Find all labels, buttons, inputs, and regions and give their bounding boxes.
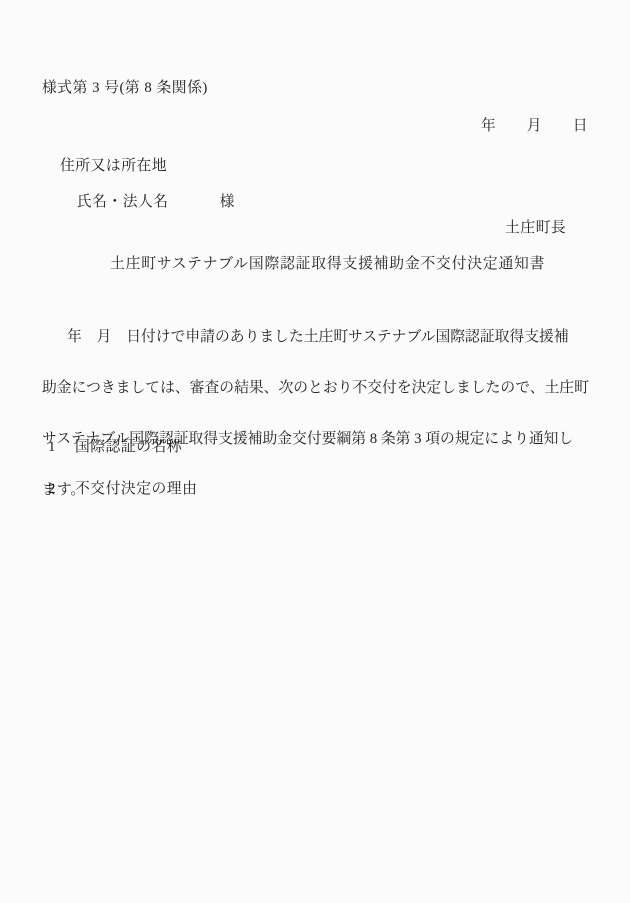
document-title: 土庄町サステナブル国際認証取得支援補助金不交付決定通知書: [110, 257, 545, 272]
item-number: 2: [48, 482, 75, 497]
honorific-sama: 様: [220, 194, 235, 210]
recipient-name-line: 氏名・法人名様: [60, 180, 235, 225]
item-label: 不交付決定の理由: [75, 482, 197, 497]
item-rejection-reason: 2 不交付決定の理由: [48, 482, 197, 497]
body-line: 年 月 日付けで申請のありました土庄町サステナブル国際認証取得支援補: [42, 330, 592, 351]
item-label: 国際認証の名称: [75, 440, 182, 455]
sender-mayor: 土庄町長: [505, 221, 566, 236]
form-number: 様式第 3 号(第 8 条関係): [42, 81, 208, 96]
recipient-address-label: 住所又は所在地: [60, 159, 167, 174]
body-paragraph: 年 月 日付けで申請のありました土庄町サステナブル国際認証取得支援補 助金につき…: [42, 300, 592, 534]
document-page: 様式第 3 号(第 8 条関係) 年 月 日 住所又は所在地 氏名・法人名様 土…: [0, 0, 630, 903]
recipient-name-label: 氏名・法人名: [77, 194, 169, 210]
body-line: 助金につきましては、審査の結果、次のとおり不交付を決定しましたので、土庄町: [42, 381, 592, 402]
date-line: 年 月 日: [481, 119, 588, 134]
item-number: 1: [48, 440, 75, 455]
item-certification-name: 1 国際認証の名称: [48, 440, 182, 455]
